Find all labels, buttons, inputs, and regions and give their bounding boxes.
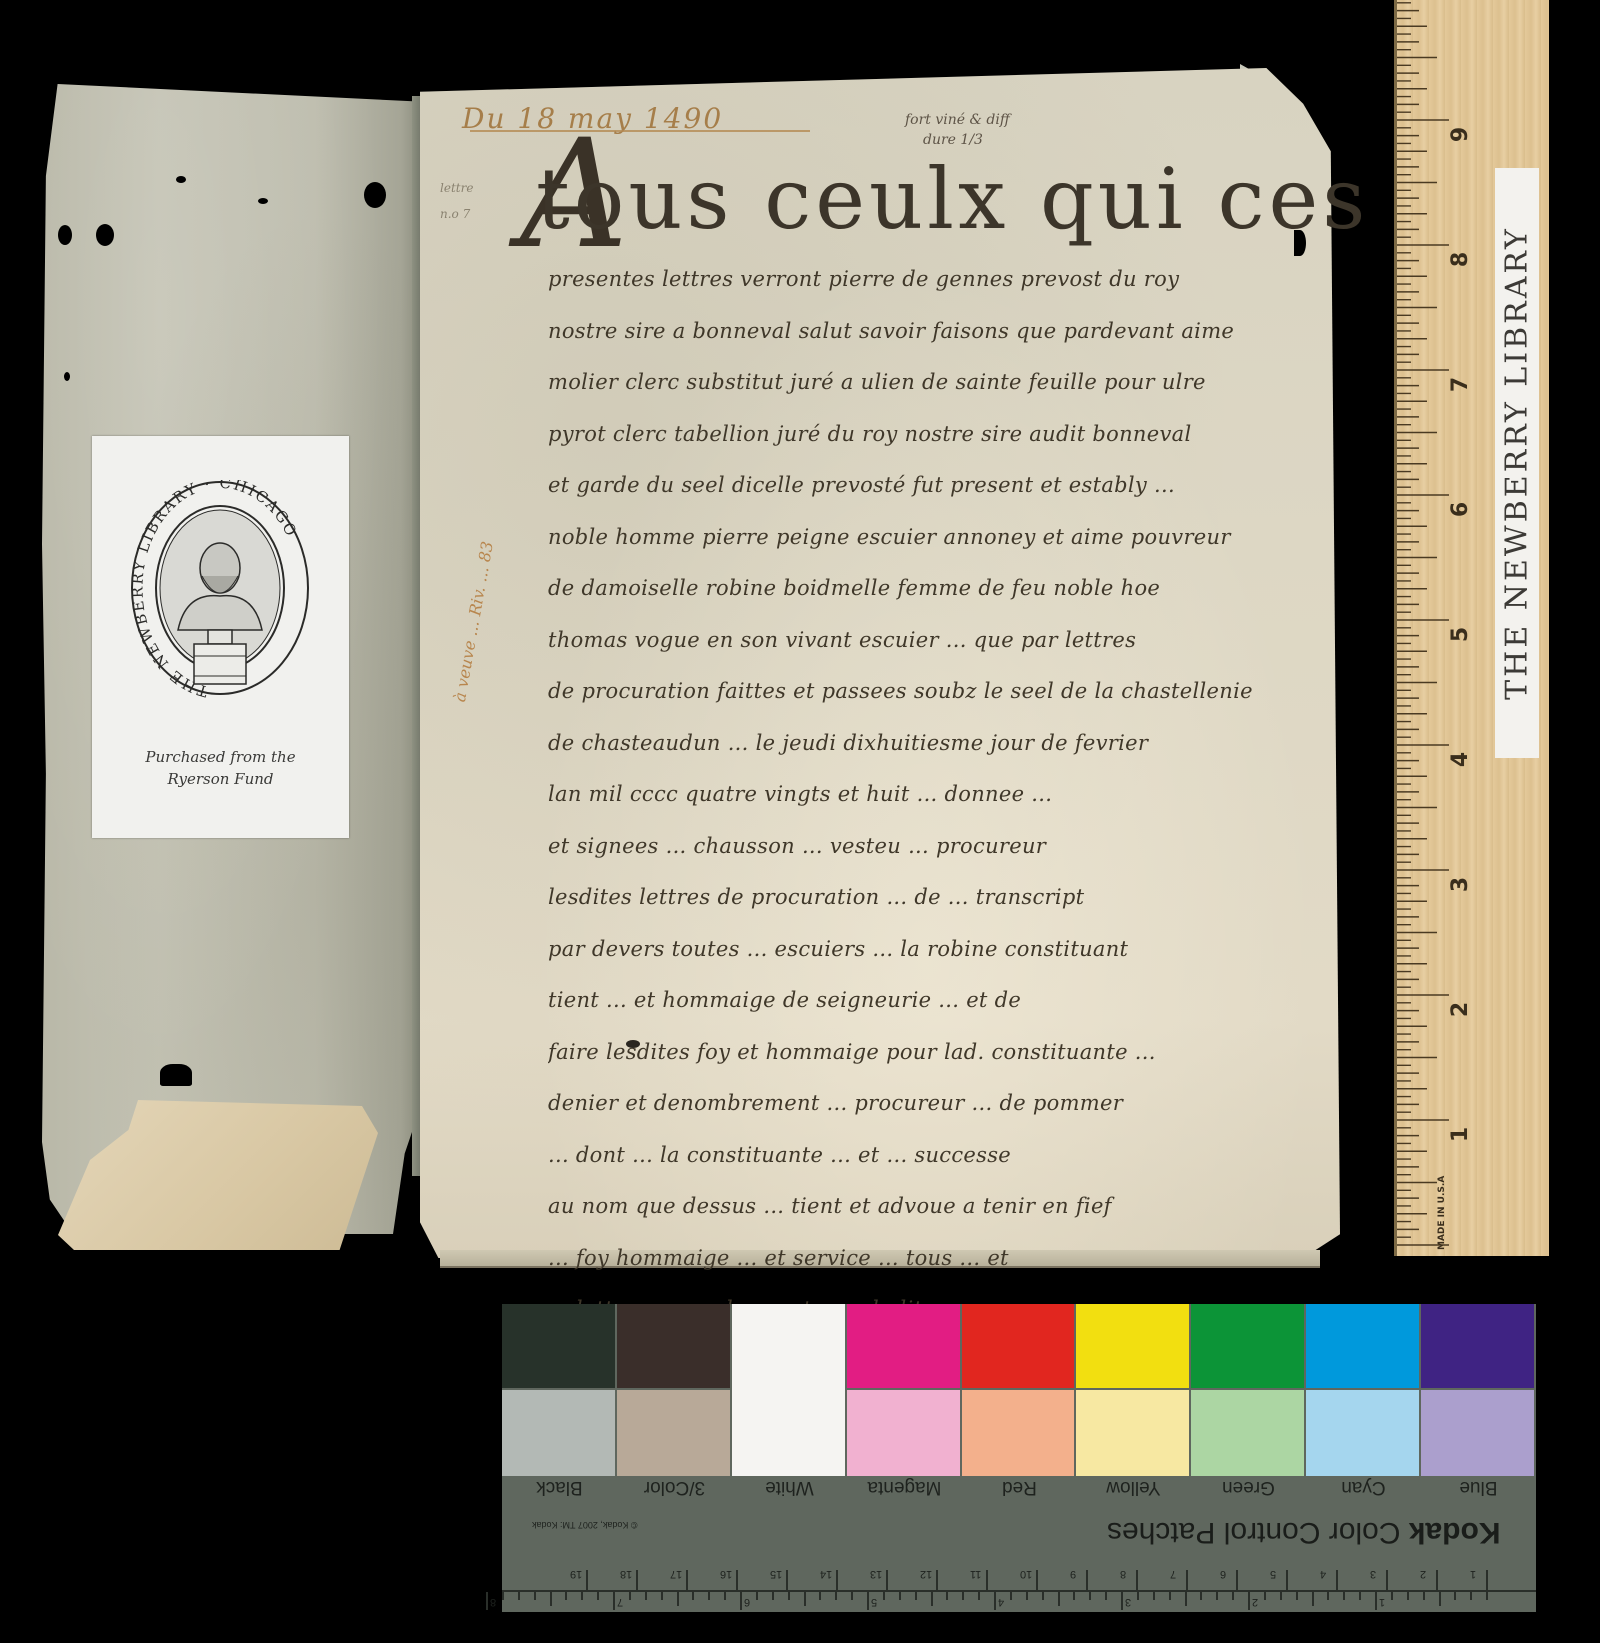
cm-number: 10 bbox=[1020, 1568, 1032, 1580]
color-patch-3-color-dark bbox=[617, 1304, 730, 1388]
manuscript-line: noble homme pierre peigne escuier annone… bbox=[548, 512, 1278, 564]
inch-number: 3 bbox=[1125, 1596, 1131, 1608]
bookplate-caption-line2: Ryerson Fund bbox=[92, 768, 349, 790]
wormhole bbox=[626, 1040, 640, 1048]
cm-tick bbox=[1436, 1570, 1438, 1590]
inch-subtick bbox=[724, 1592, 726, 1600]
inch-subtick bbox=[502, 1592, 504, 1600]
manuscript-line: au nom que dessus ... tient et advoue a … bbox=[548, 1181, 1278, 1233]
corner-annotation-line2: dure 1/3 bbox=[905, 130, 1010, 150]
inch-subtick bbox=[550, 1592, 552, 1606]
inch-subtick bbox=[1058, 1592, 1060, 1606]
manuscript-line: ... foy hommaige ... et service ... tous… bbox=[548, 1233, 1278, 1285]
inch-subtick bbox=[1280, 1592, 1282, 1600]
ruler-number: 1 bbox=[1448, 1127, 1473, 1142]
color-patch-label: 3/Color bbox=[617, 1476, 732, 1498]
cm-number: 14 bbox=[820, 1568, 832, 1580]
cm-number: 5 bbox=[1270, 1568, 1276, 1580]
cm-number: 7 bbox=[1170, 1568, 1176, 1580]
inch-subtick bbox=[1423, 1592, 1425, 1600]
inch-tick bbox=[613, 1592, 615, 1610]
inch-number: 5 bbox=[871, 1596, 877, 1608]
inch-subtick bbox=[677, 1592, 679, 1606]
inch-subtick bbox=[1407, 1592, 1409, 1600]
cm-number: 9 bbox=[1070, 1568, 1076, 1580]
color-patch-black-dark bbox=[502, 1304, 615, 1388]
inch-subtick bbox=[788, 1592, 790, 1600]
inch-subtick bbox=[835, 1592, 837, 1600]
color-patch-label: Blue bbox=[1421, 1476, 1536, 1498]
inch-subtick bbox=[1026, 1592, 1028, 1600]
cm-tick bbox=[686, 1570, 688, 1590]
manuscript-line: de procuration faittes et passees soubz … bbox=[548, 666, 1278, 718]
manuscript-line: et signees ... chausson ... vesteu ... p… bbox=[548, 821, 1278, 873]
color-patch-red-dark bbox=[962, 1304, 1075, 1388]
inch-subtick bbox=[804, 1592, 806, 1606]
cm-tick bbox=[1286, 1570, 1288, 1590]
wormhole bbox=[258, 198, 268, 204]
cm-number: 16 bbox=[720, 1568, 732, 1580]
inch-subtick bbox=[1454, 1592, 1456, 1600]
cm-tick bbox=[1086, 1570, 1088, 1590]
ruler-number: 8 bbox=[1448, 252, 1473, 267]
inch-subtick bbox=[1264, 1592, 1266, 1600]
color-patch-blue-dark bbox=[1421, 1304, 1534, 1388]
cm-number: 3 bbox=[1370, 1568, 1376, 1580]
cm-number: 11 bbox=[970, 1568, 981, 1580]
ruler-number: 5 bbox=[1448, 627, 1473, 642]
manuscript-line: ... dont ... la constituante ... et ... … bbox=[548, 1130, 1278, 1182]
color-patch-label: Cyan bbox=[1306, 1476, 1421, 1498]
inch-subtick bbox=[931, 1592, 933, 1606]
cm-number: 18 bbox=[620, 1568, 632, 1580]
measuring-ruler: 1 2 3 4 5 6 7 8 9 MADE IN U.S.A THE NEWB… bbox=[1394, 0, 1549, 1256]
wormhole bbox=[64, 372, 70, 381]
ruler-imprint: MADE IN U.S.A bbox=[1437, 1176, 1447, 1250]
cm-tick bbox=[736, 1570, 738, 1590]
inch-tick bbox=[994, 1592, 996, 1610]
wormhole bbox=[96, 224, 114, 246]
card-scale-line bbox=[502, 1590, 1536, 1592]
manuscript-line: presentes lettres verront pierre de genn… bbox=[548, 254, 1278, 306]
color-patch-yellow-light bbox=[1076, 1390, 1189, 1476]
card-copyright: © Kodak, 2007 TM: Kodak bbox=[532, 1520, 638, 1530]
ruler-number: 4 bbox=[1448, 752, 1473, 767]
ruler-number: 7 bbox=[1448, 377, 1473, 392]
wormhole bbox=[160, 1064, 192, 1086]
inch-subtick bbox=[978, 1592, 980, 1600]
inch-subtick bbox=[883, 1592, 885, 1600]
bookplate-caption: Purchased from the Ryerson Fund bbox=[92, 746, 349, 790]
inch-subtick bbox=[1153, 1592, 1155, 1600]
inch-subtick bbox=[819, 1592, 821, 1600]
card-title: Kodak Color Control Patches bbox=[1107, 1515, 1501, 1549]
color-patch-3-color-light bbox=[617, 1390, 730, 1476]
incipit-heading: tous ceulx qui ces bbox=[536, 150, 1369, 248]
inch-subtick bbox=[1439, 1592, 1441, 1606]
inch-subtick bbox=[708, 1592, 710, 1600]
cm-tick bbox=[986, 1570, 988, 1590]
color-patch-cyan-dark bbox=[1306, 1304, 1419, 1388]
cm-number: 8 bbox=[1120, 1568, 1126, 1580]
color-patch-yellow-dark bbox=[1076, 1304, 1189, 1388]
card-brand: Kodak bbox=[1408, 1516, 1500, 1549]
inch-tick bbox=[1375, 1592, 1377, 1610]
ruler-number: 6 bbox=[1448, 502, 1473, 517]
color-patch-label: White bbox=[732, 1476, 847, 1498]
cm-number: 19 bbox=[570, 1568, 582, 1580]
inch-subtick bbox=[1486, 1592, 1488, 1600]
cm-number: 4 bbox=[1320, 1568, 1326, 1580]
inch-subtick bbox=[1232, 1592, 1234, 1600]
inch-number: 2 bbox=[1252, 1596, 1258, 1608]
ruler-number: 3 bbox=[1448, 877, 1473, 892]
inch-subtick bbox=[1010, 1592, 1012, 1600]
cm-tick bbox=[786, 1570, 788, 1590]
ruler-library-label: THE NEWBERRY LIBRARY bbox=[1495, 168, 1539, 758]
card-title-text: Color Control Patches bbox=[1107, 1516, 1400, 1549]
inch-number: 1 bbox=[1379, 1596, 1385, 1608]
manuscript-line: par devers toutes ... escuiers ... la ro… bbox=[548, 924, 1278, 976]
margin-annotation-line2: n.o 7 bbox=[440, 201, 473, 227]
inch-subtick bbox=[597, 1592, 599, 1600]
manuscript-line: molier clerc substitut juré a ulien de s… bbox=[548, 357, 1278, 409]
manuscript-line: de chasteaudun ... le jeudi dixhuitiesme… bbox=[548, 718, 1278, 770]
cm-number: 1 bbox=[1470, 1568, 1476, 1580]
kodak-color-card: © Kodak, 2007 TM: Kodak Kodak Color Cont… bbox=[502, 1304, 1536, 1612]
inch-tick bbox=[867, 1592, 869, 1610]
manuscript-line: thomas vogue en son vivant escuier ... q… bbox=[548, 615, 1278, 667]
cm-tick bbox=[936, 1570, 938, 1590]
wormhole bbox=[364, 182, 386, 208]
cm-tick bbox=[1486, 1570, 1488, 1590]
inch-subtick bbox=[1312, 1592, 1314, 1606]
ruler-number: 9 bbox=[1448, 127, 1473, 142]
ruler-number: 2 bbox=[1448, 1002, 1473, 1017]
inch-tick bbox=[1121, 1592, 1123, 1610]
inch-number: 6 bbox=[744, 1596, 750, 1608]
inch-subtick bbox=[565, 1592, 567, 1600]
color-patch-label: Yellow bbox=[1076, 1476, 1191, 1498]
cm-tick bbox=[1136, 1570, 1138, 1590]
wormhole bbox=[58, 225, 72, 245]
color-patch-label: Green bbox=[1191, 1476, 1306, 1498]
cm-number: 13 bbox=[870, 1568, 882, 1580]
inch-subtick bbox=[1185, 1592, 1187, 1606]
inch-number: 7 bbox=[617, 1596, 623, 1608]
cm-tick bbox=[1036, 1570, 1038, 1590]
corner-annotation-line1: fort viné & diff bbox=[905, 110, 1010, 130]
inch-subtick bbox=[851, 1592, 853, 1600]
margin-annotation: lettre n.o 7 bbox=[440, 175, 473, 227]
manuscript-line: denier et denombrement ... procureur ...… bbox=[548, 1078, 1278, 1130]
inch-subtick bbox=[1343, 1592, 1345, 1600]
color-patch-magenta-light bbox=[847, 1390, 960, 1476]
inch-subtick bbox=[962, 1592, 964, 1600]
color-patch-green-dark bbox=[1191, 1304, 1304, 1388]
ruler-library-label-text: THE NEWBERRY LIBRARY bbox=[1500, 226, 1535, 700]
color-patch-label: Red bbox=[962, 1476, 1077, 1498]
color-patch-label: Magenta bbox=[847, 1476, 962, 1498]
card-scale: 1234567891011121314151617181912345678 bbox=[502, 1562, 1536, 1612]
cm-tick bbox=[1236, 1570, 1238, 1590]
inch-subtick bbox=[756, 1592, 758, 1600]
cm-number: 2 bbox=[1420, 1568, 1426, 1580]
inch-subtick bbox=[1327, 1592, 1329, 1600]
inch-subtick bbox=[772, 1592, 774, 1600]
inch-subtick bbox=[1105, 1592, 1107, 1600]
cm-tick bbox=[586, 1570, 588, 1590]
inch-subtick bbox=[1470, 1592, 1472, 1600]
inch-subtick bbox=[1359, 1592, 1361, 1600]
inch-tick bbox=[486, 1592, 488, 1610]
cm-tick bbox=[1186, 1570, 1188, 1590]
inch-subtick bbox=[1073, 1592, 1075, 1600]
wormhole bbox=[176, 176, 186, 183]
inch-subtick bbox=[1391, 1592, 1393, 1600]
inch-subtick bbox=[1296, 1592, 1298, 1600]
inch-subtick bbox=[1137, 1592, 1139, 1600]
inch-subtick bbox=[1042, 1592, 1044, 1600]
inch-subtick bbox=[661, 1592, 663, 1600]
color-patch-red-light bbox=[962, 1390, 1075, 1476]
manuscript-line: nostre sire a bonneval salut savoir fais… bbox=[548, 306, 1278, 358]
inch-subtick bbox=[1169, 1592, 1171, 1600]
cm-number: 17 bbox=[670, 1568, 682, 1580]
color-patch-cyan-light bbox=[1306, 1390, 1419, 1476]
manuscript-body: presentes lettres verront pierre de genn… bbox=[548, 254, 1278, 1387]
inch-subtick bbox=[899, 1592, 901, 1600]
inch-subtick bbox=[581, 1592, 583, 1600]
color-patch-label: Black bbox=[502, 1476, 617, 1498]
inch-subtick bbox=[1216, 1592, 1218, 1600]
color-patch-magenta-dark bbox=[847, 1304, 960, 1388]
manuscript-line: lan mil cccc quatre vingts et huit ... d… bbox=[548, 769, 1278, 821]
cm-tick bbox=[836, 1570, 838, 1590]
inch-subtick bbox=[629, 1592, 631, 1600]
inch-tick bbox=[1248, 1592, 1250, 1610]
manuscript-line: lesdites lettres de procuration ... de .… bbox=[548, 872, 1278, 924]
cm-tick bbox=[1336, 1570, 1338, 1590]
cm-tick bbox=[886, 1570, 888, 1590]
newberry-emblem-icon: THE NEWBERRY LIBRARY · CHICAGO bbox=[128, 480, 313, 710]
manuscript-line: et garde du seel dicelle prevosté fut pr… bbox=[548, 460, 1278, 512]
manuscript-line: de damoiselle robine boidmelle femme de … bbox=[548, 563, 1278, 615]
inch-subtick bbox=[1089, 1592, 1091, 1600]
cm-number: 6 bbox=[1220, 1568, 1226, 1580]
bookplate-caption-line1: Purchased from the bbox=[92, 746, 349, 768]
manuscript-line: pyrot clerc tabellion juré du roy nostre… bbox=[548, 409, 1278, 461]
color-patch-black-light bbox=[502, 1390, 615, 1476]
bookplate: THE NEWBERRY LIBRARY · CHICAGO Purchased… bbox=[92, 436, 349, 838]
color-patch-green-light bbox=[1191, 1390, 1304, 1476]
inch-subtick bbox=[915, 1592, 917, 1600]
margin-annotation-line1: lettre bbox=[440, 175, 473, 201]
inch-subtick bbox=[534, 1592, 536, 1600]
manuscript-line: tient ... et hommaige de seigneurie ... … bbox=[548, 975, 1278, 1027]
manuscript-line: faire lesdites foy et hommaige pour lad.… bbox=[548, 1027, 1278, 1079]
inch-subtick bbox=[518, 1592, 520, 1600]
inch-tick bbox=[740, 1592, 742, 1610]
cm-number: 15 bbox=[770, 1568, 782, 1580]
cm-number: 12 bbox=[920, 1568, 932, 1580]
inch-number: 8 bbox=[490, 1596, 496, 1608]
inch-subtick bbox=[946, 1592, 948, 1600]
inch-subtick bbox=[645, 1592, 647, 1600]
inch-subtick bbox=[692, 1592, 694, 1600]
corner-annotation: fort viné & diff dure 1/3 bbox=[905, 110, 1010, 150]
cm-tick bbox=[1386, 1570, 1388, 1590]
color-patch-blue-light bbox=[1421, 1390, 1534, 1476]
inch-number: 4 bbox=[998, 1596, 1004, 1608]
inch-subtick bbox=[1200, 1592, 1202, 1600]
cm-tick bbox=[636, 1570, 638, 1590]
color-patch-white bbox=[732, 1304, 845, 1476]
